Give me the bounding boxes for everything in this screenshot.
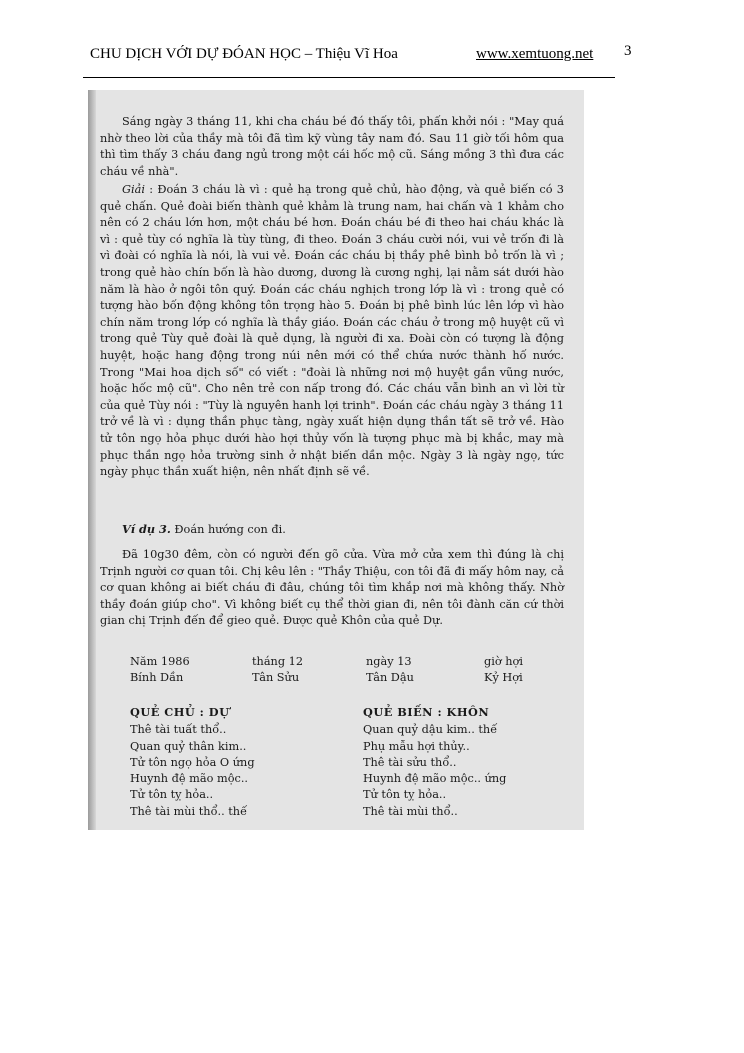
website-link[interactable]: www.xemtuong.net bbox=[476, 46, 593, 63]
giai-label: Giải bbox=[122, 183, 145, 196]
date-cell: Năm 1986 bbox=[130, 655, 190, 668]
paragraph-2: Giải : Đoán 3 cháu là vì : quẻ hạ trong … bbox=[100, 182, 564, 481]
hexagram-line: Thê tài tuất thổ.. bbox=[130, 722, 255, 738]
main-hexagram: QUẺ CHỦ : DỰ Thê tài tuất thổ.. Quan quỷ… bbox=[130, 704, 255, 820]
date-cell: giờ hợi bbox=[484, 655, 523, 668]
date-row-2: Bính Dần Tân Sửu Tân Dậu Kỷ Hợi bbox=[130, 671, 560, 689]
scanned-page-image: Sáng ngày 3 tháng 11, khi cha cháu bé đó… bbox=[88, 90, 584, 830]
paragraph-3: Đã 10g30 đêm, còn có người đến gõ cửa. V… bbox=[100, 547, 564, 630]
date-cell: Tân Sửu bbox=[252, 671, 299, 684]
example-heading: Ví dụ 3. Đoán hướng con đi. bbox=[100, 521, 564, 539]
paragraph-2-text: : Đoán 3 cháu là vì : quẻ hạ trong quẻ c… bbox=[100, 183, 564, 478]
header-divider bbox=[83, 77, 615, 78]
date-cell: tháng 12 bbox=[252, 655, 303, 668]
book-title: CHU DỊCH VỚI DỰ ĐÓAN HỌC – Thiệu Vĩ Hoa bbox=[90, 46, 398, 63]
hexagram-line: Tử tôn tỵ hỏa.. bbox=[363, 787, 506, 803]
date-cell: Bính Dần bbox=[130, 671, 183, 684]
hexagram-line: Thê tài mùi thổ.. thế bbox=[130, 804, 255, 820]
date-cell: ngày 13 bbox=[366, 655, 412, 668]
page-number: 3 bbox=[624, 43, 632, 60]
example-label: Ví dụ 3. bbox=[122, 522, 171, 536]
page-header: CHU DỊCH VỚI DỰ ĐÓAN HỌC – Thiệu Vĩ Hoa … bbox=[90, 46, 640, 68]
date-cell: Kỷ Hợi bbox=[484, 671, 523, 684]
hexagram-line: Thê tài mùi thổ.. bbox=[363, 804, 506, 820]
date-cell: Tân Dậu bbox=[366, 671, 414, 684]
hexagram-line: Thê tài sửu thổ.. bbox=[363, 755, 506, 771]
hexagram-line: Tử tôn ngọ hỏa O ứng bbox=[130, 755, 255, 771]
hexagram-line: Quan quỷ thân kim.. bbox=[130, 739, 255, 755]
hexagram-line: Tử tôn tỵ hỏa.. bbox=[130, 787, 255, 803]
changed-hexagram-heading: QUẺ BIẾN : KHÔN bbox=[363, 704, 506, 720]
paragraph-3-text: Đã 10g30 đêm, còn có người đến gõ cửa. V… bbox=[100, 548, 564, 627]
paragraph-1: Sáng ngày 3 tháng 11, khi cha cháu bé đó… bbox=[100, 114, 564, 180]
hexagram-line: Huynh đệ mão mộc.. bbox=[130, 771, 255, 787]
changed-hexagram: QUẺ BIẾN : KHÔN Quan quỷ dậu kim.. thế P… bbox=[363, 704, 506, 820]
example-title: Đoán hướng con đi. bbox=[171, 523, 286, 536]
hexagram-line: Huynh đệ mão mộc.. ứng bbox=[363, 771, 506, 787]
paragraph-1-text: Sáng ngày 3 tháng 11, khi cha cháu bé đó… bbox=[100, 115, 564, 178]
hexagram-line: Phụ mẫu hợi thủy.. bbox=[363, 739, 506, 755]
main-hexagram-heading: QUẺ CHỦ : DỰ bbox=[130, 704, 255, 720]
hexagram-line: Quan quỷ dậu kim.. thế bbox=[363, 722, 506, 738]
